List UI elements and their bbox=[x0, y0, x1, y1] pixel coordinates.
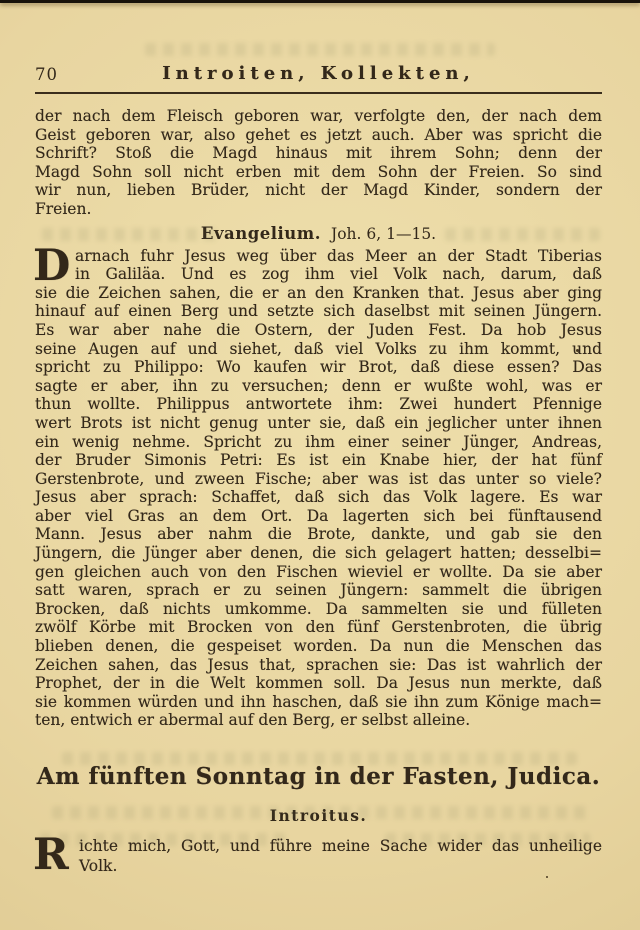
text-line: Geist geboren war, also gehet es jetzt a… bbox=[35, 126, 602, 145]
text-line: sie kommen würden und ihn haschen, daß s… bbox=[35, 693, 602, 712]
text-line: Volk. bbox=[35, 856, 602, 876]
ink-speck bbox=[546, 876, 548, 878]
epistle-continuation-paragraph: der nach dem Fleisch geboren war, verfol… bbox=[35, 107, 602, 219]
text-line: wert Brots ist nicht genug unter sie, da… bbox=[35, 414, 602, 433]
gospel-reference: Joh. 6, 1—15. bbox=[331, 225, 436, 243]
text-line: gen gleichen auch von den Fischen wievie… bbox=[35, 563, 602, 582]
text-line: satt waren, sprach er zu seinen Jüngern:… bbox=[35, 581, 602, 600]
scanned-book-page: 70 Introiten, Kollekten, der nach dem Fl… bbox=[0, 0, 640, 930]
text-line: wir nun, lieben Brüder, nicht der Magd K… bbox=[35, 181, 602, 200]
feast-day-title: Am fünften Sonntag in der Fasten, Judica… bbox=[35, 763, 602, 790]
scan-top-edge bbox=[0, 0, 640, 3]
text-line: hinauf auf einen Berg und setzte sich da… bbox=[35, 302, 602, 321]
running-title: Introiten, Kollekten, bbox=[35, 63, 602, 84]
text-line: arnach fuhr Jesus weg über das Meer an d… bbox=[35, 247, 602, 266]
gospel-heading-row: Evangelium.Joh. 6, 1—15. bbox=[35, 224, 602, 243]
text-line: Schrift? Stoß die Magd hinaus mit ihrem … bbox=[35, 144, 602, 163]
introitus-heading: Introitus. bbox=[35, 806, 602, 825]
text-line: Brocken, daß nichts umkomme. Da sammelte… bbox=[35, 600, 602, 619]
text-line: sie die Zeichen sahen, die er an den Kra… bbox=[35, 284, 602, 303]
text-line: blieben denen, die gespeiset worden. Da … bbox=[35, 637, 602, 656]
text-line: seine Augen auf und siehet, daß viel Vol… bbox=[35, 340, 602, 359]
text-line: ein wenig nehme. Spricht zu ihm einer se… bbox=[35, 433, 602, 452]
text-line: spricht zu Philippo: Wo kaufen wir Brot,… bbox=[35, 358, 602, 377]
bleed-through-smudge bbox=[145, 43, 495, 56]
text-line: ichte mich, Gott, und führe meine Sache … bbox=[35, 836, 602, 856]
text-line: der Bruder Simonis Petri: Es ist ein Kna… bbox=[35, 451, 602, 470]
drop-cap-initial: D bbox=[33, 247, 70, 285]
text-line: Prophet, der in die Welt kommen soll. Da… bbox=[35, 674, 602, 693]
text-line: aber viel Gras an dem Ort. Da lagerten s… bbox=[35, 507, 602, 526]
page-number: 70 bbox=[35, 65, 58, 84]
introit-text-lines: ichte mich, Gott, und führe meine Sache … bbox=[35, 836, 602, 876]
text-line: sagte er aber, ihn zu versuchen; denn er… bbox=[35, 377, 602, 396]
text-line: Freien. bbox=[35, 200, 602, 219]
text-line: Jesus aber sprach: Schaffet, daß sich da… bbox=[35, 488, 602, 507]
header-rule bbox=[35, 92, 602, 94]
text-line: der nach dem Fleisch geboren war, verfol… bbox=[35, 107, 602, 126]
gospel-text-lines: arnach fuhr Jesus weg über das Meer an d… bbox=[35, 247, 602, 730]
ink-speck bbox=[305, 148, 307, 150]
gospel-paragraph: D arnach fuhr Jesus weg über das Meer an… bbox=[35, 247, 602, 730]
text-line: ten, entwich er abermal auf den Berg, er… bbox=[35, 711, 602, 730]
text-line: Gerstenbrote, und zween Fische; aber was… bbox=[35, 470, 602, 489]
text-line: Mann. Jesus aber nahm die Brote, dankte,… bbox=[35, 525, 602, 544]
text-line: Jüngern, die Jünger aber denen, die sich… bbox=[35, 544, 602, 563]
drop-cap-initial: R bbox=[33, 836, 69, 874]
running-header: 70 Introiten, Kollekten, bbox=[35, 63, 602, 86]
text-line: thun wollte. Philippus antwortete ihm: Z… bbox=[35, 395, 602, 414]
text-line: in Galiläa. Und es zog ihm viel Volk nac… bbox=[35, 265, 602, 284]
introit-paragraph: R ichte mich, Gott, und führe meine Sach… bbox=[35, 836, 602, 876]
text-line: Es war aber nahe die Ostern, der Juden F… bbox=[35, 321, 602, 340]
text-line: Zeichen sahen, das Jesus that, sprachen … bbox=[35, 656, 602, 675]
text-line: zwölf Körbe mit Brocken von den fünf Ger… bbox=[35, 618, 602, 637]
page-content: der nach dem Fleisch geboren war, verfol… bbox=[35, 107, 602, 876]
text-line: Magd Sohn soll nicht erben mit dem Sohn … bbox=[35, 163, 602, 182]
gospel-heading: Evangelium. bbox=[201, 224, 321, 243]
